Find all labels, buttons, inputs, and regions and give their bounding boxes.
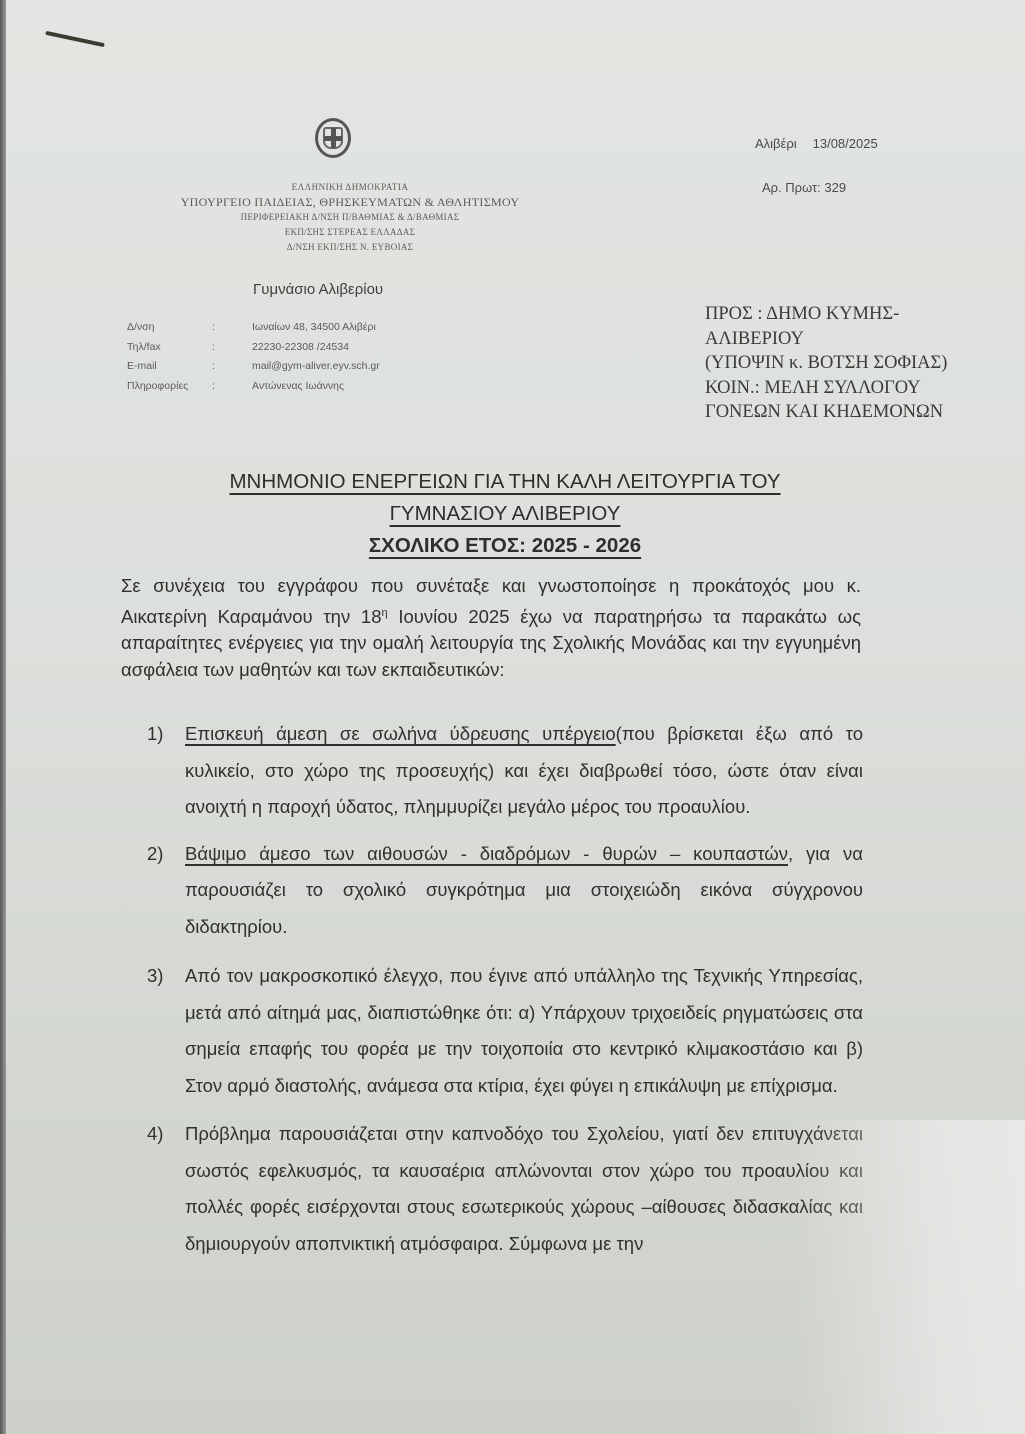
title-line: ΓΥΜΝΑΣΙΟΥ ΑΛΙΒΕΡΙΟΥ xyxy=(390,498,621,530)
list-item-number: 2) xyxy=(147,836,185,946)
contact-row-address: Δ/νση : Ιωναίων 48, 34500 Αλιβέρι xyxy=(127,318,380,338)
list-item-number: 1) xyxy=(147,716,185,826)
recipient-line: ΑΛΙΒΕΡΙΟΥ xyxy=(705,327,947,352)
contact-row-info: Πληροφορίες : Αντώνενας Ιωάννης xyxy=(127,377,380,397)
intro-paragraph: Σε συνέχεια του εγγράφου που συνέταξε κα… xyxy=(121,573,861,683)
title-line-school-year: ΣΧΟΛΙΚΟ ΕΤΟΣ: 2025 - 2026 xyxy=(369,530,641,562)
list-item-emphasis: Βάψιμο άμεσο των αιθουσών - διαδρόμων - … xyxy=(185,843,788,864)
ministry-line: Δ/ΝΣΗ ΕΚΠ/ΣΗΣ Ν. ΕΥΒΟΙΑΣ xyxy=(120,240,580,255)
list-item-body: Από τον μακροσκοπικό έλεγχο, που έγινε α… xyxy=(185,965,863,1096)
list-item: 3) Από τον μακροσκοπικό έλεγχο, που έγιν… xyxy=(147,958,863,1104)
contact-label: Τηλ/fax xyxy=(127,338,212,358)
contact-separator: : xyxy=(212,357,252,377)
ministry-line: ΥΠΟΥΡΓΕΙΟ ΠΑΙΔΕΙΑΣ, ΘΡΗΣΚΕΥΜΑΤΩΝ & ΑΘΛΗΤ… xyxy=(120,195,580,210)
list-item-emphasis: Επισκευή άμεση σε σωλήνα ύδρευσης υπέργε… xyxy=(185,723,616,744)
date: 13/08/2025 xyxy=(813,136,878,151)
contact-separator: : xyxy=(212,377,252,397)
school-name: Γυμνάσιο Αλιβερίου xyxy=(253,281,383,298)
contact-separator: : xyxy=(212,338,252,358)
contact-separator: : xyxy=(212,318,252,338)
recipient-line: ΠΡΟΣ : ΔΗΜΟ ΚΥΜΗΣ- xyxy=(705,302,947,327)
contact-row-email: E-mail : mail@gym-aliver.eyv.sch.gr xyxy=(127,357,380,377)
list-item: 2) Βάψιμο άμεσο των αιθουσών - διαδρόμων… xyxy=(147,836,863,946)
contact-row-phone: Τηλ/fax : 22230-22308 /24534 xyxy=(127,338,380,358)
ministry-header: ΕΛΛΗΝΙΚΗ ΔΗΜΟΚΡΑΤΙΑ ΥΠΟΥΡΓΕΙΟ ΠΑΙΔΕΙΑΣ, … xyxy=(120,180,580,255)
list-item-text: Βάψιμο άμεσο των αιθουσών - διαδρόμων - … xyxy=(185,836,863,946)
contact-value: mail@gym-aliver.eyv.sch.gr xyxy=(252,357,380,377)
emblem-cross-vertical xyxy=(331,128,336,148)
contact-label: Δ/νση xyxy=(127,318,212,338)
recipient-line: ΚΟΙΝ.: ΜΕΛΗ ΣΥΛΛΟΓΟΥ xyxy=(705,376,947,401)
document-title: ΜΝΗΜΟΝΙΟ ΕΝΕΡΓΕΙΩΝ ΓΙΑ ΤΗΝ ΚΑΛΗ ΛΕΙΤΟΥΡΓ… xyxy=(140,466,870,562)
recipients-block: ΠΡΟΣ : ΔΗΜΟ ΚΥΜΗΣ- ΑΛΙΒΕΡΙΟΥ (ΥΠΟΨΙΝ κ. … xyxy=(705,302,947,425)
list-item-body: Πρόβλημα παρουσιάζεται στην καπνοδόχο το… xyxy=(185,1123,863,1254)
list-item: 4) Πρόβλημα παρουσιάζεται στην καπνοδόχο… xyxy=(147,1116,863,1262)
ministry-line: ΕΛΛΗΝΙΚΗ ΔΗΜΟΚΡΑΤΙΑ xyxy=(120,180,580,195)
ministry-line: ΠΕΡΙΦΕΡΕΙΑΚΗ Δ/ΝΣΗ Π/ΒΑΘΜΙΑΣ & Δ/ΒΑΘΜΙΑΣ xyxy=(120,210,580,225)
contact-info: Δ/νση : Ιωναίων 48, 34500 Αλιβέρι Τηλ/fa… xyxy=(127,318,380,396)
contact-value: 22230-22308 /24534 xyxy=(252,338,349,358)
place: Αλιβέρι xyxy=(755,136,797,151)
protocol-number: Αρ. Πρωτ: 329 xyxy=(762,180,846,195)
recipient-line: (ΥΠΟΨΙΝ κ. ΒΟΤΣΗ ΣΟΦΙΑΣ) xyxy=(705,351,947,376)
list-item-text: Πρόβλημα παρουσιάζεται στην καπνοδόχο το… xyxy=(185,1116,863,1262)
list-item-text: Από τον μακροσκοπικό έλεγχο, που έγινε α… xyxy=(185,958,863,1104)
recipient-line: ΓΟΝΕΩΝ ΚΑΙ ΚΗΔΕΜΟΝΩΝ xyxy=(705,400,947,425)
contact-value: Ιωναίων 48, 34500 Αλιβέρι xyxy=(252,318,376,338)
ministry-line: ΕΚΠ/ΣΗΣ ΣΤΕΡΕΑΣ ΕΛΛΑΔΑΣ xyxy=(120,225,580,240)
date-line: Αλιβέρι13/08/2025 xyxy=(755,136,878,151)
list-item-number: 4) xyxy=(147,1116,185,1262)
pen-mark xyxy=(45,31,105,47)
contact-value: Αντώνενας Ιωάννης xyxy=(252,377,344,397)
greek-coat-of-arms-icon xyxy=(315,118,351,158)
scanned-document-page: ΕΛΛΗΝΙΚΗ ΔΗΜΟΚΡΑΤΙΑ ΥΠΟΥΡΓΕΙΟ ΠΑΙΔΕΙΑΣ, … xyxy=(0,0,1025,1434)
list-item-text: Επισκευή άμεση σε σωλήνα ύδρευσης υπέργε… xyxy=(185,716,863,826)
list-item-number: 3) xyxy=(147,958,185,1104)
contact-label: Πληροφορίες xyxy=(127,377,212,397)
actions-list: 1) Επισκευή άμεση σε σωλήνα ύδρευσης υπέ… xyxy=(147,716,863,1262)
contact-label: E-mail xyxy=(127,357,212,377)
page-edge-shadow xyxy=(0,0,6,1434)
title-line: ΜΝΗΜΟΝΙΟ ΕΝΕΡΓΕΙΩΝ ΓΙΑ ΤΗΝ ΚΑΛΗ ΛΕΙΤΟΥΡΓ… xyxy=(229,466,780,498)
list-item: 1) Επισκευή άμεση σε σωλήνα ύδρευσης υπέ… xyxy=(147,716,863,826)
